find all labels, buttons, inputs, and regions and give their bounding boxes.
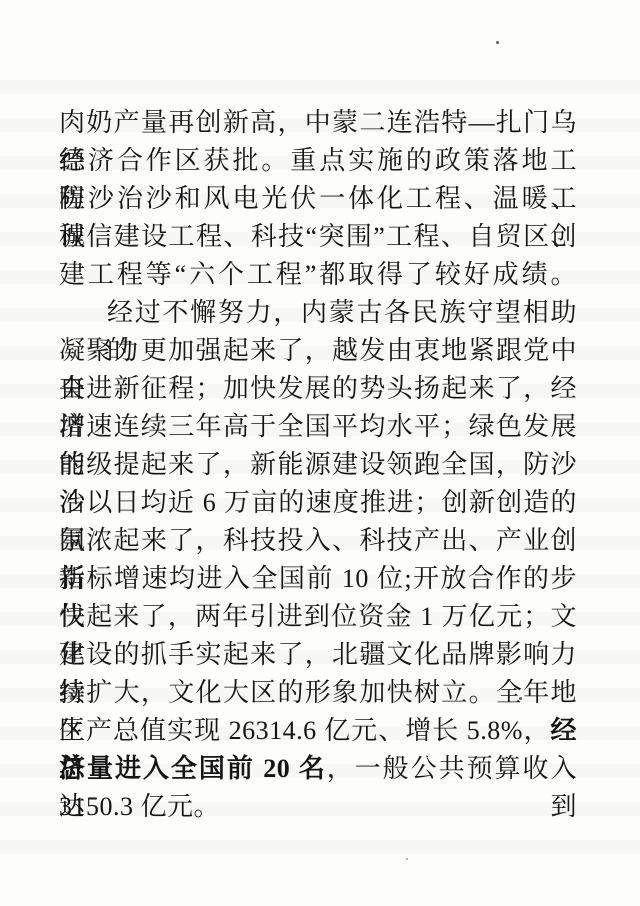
text-line: 经济合作区获批。重点实施的政策落地工程、: [59, 142, 577, 180]
text-line: 总量进入全国前 20 名，一般公共预算收入达到: [59, 750, 577, 788]
text-line: 奋进新征程；加快发展的势头扬起来了，经济: [59, 370, 577, 408]
text-line: 凝聚力更加强起来了，越发由衷地紧跟党中央: [59, 332, 577, 370]
text-segment: 建工程等“六个工程”都取得了较好成绩。: [59, 260, 577, 289]
scan-speck: [496, 41, 499, 44]
text-line: 指标增速均进入全国前 10 位;开放合作的步伐: [59, 560, 577, 598]
text-line: 建工程等“六个工程”都取得了较好成绩。: [59, 256, 577, 294]
text-line: 沙以日均近 6 万亩的速度推进；创新创造的氛: [59, 484, 577, 522]
text-line: 防沙治沙和风电光伏一体化工程、温暖工程、: [59, 180, 577, 218]
text-line: 肉奶产量再创新高，中蒙二连浩特—扎门乌德: [59, 104, 577, 142]
text-line: 诚信建设工程、科技“突围”工程、自贸区创: [59, 218, 577, 256]
text-segment: 3150.3 亿元。: [59, 792, 220, 821]
text-segment: 生产总值实现 26314.6 亿元、增长 5.8%，: [59, 716, 550, 745]
text-line: 增速连续三年高于全国平均水平；绿色发展的: [59, 408, 577, 446]
text-line: 续扩大，文化大区的形象加快树立。全年地区: [59, 674, 577, 712]
text-line: 能级提起来了，新能源建设领跑全国，防沙治: [59, 446, 577, 484]
text-line: 快起来了，两年引进到位资金 1 万亿元；文化: [59, 598, 577, 636]
text-segment: 诚信建设工程、科技“突围”工程、自贸区创: [59, 222, 577, 251]
body-text: 肉奶产量再创新高，中蒙二连浩特—扎门乌德经济合作区获批。重点实施的政策落地工程、…: [59, 104, 577, 826]
text-line: 经过不懈努力，内蒙古各民族守望相助的: [59, 294, 577, 332]
text-line: 生产总值实现 26314.6 亿元、增长 5.8%，经济: [59, 712, 577, 750]
bold-text-segment: 总量进入全国前 20 名: [59, 754, 327, 783]
text-line: 围浓起来了，科技投入、科技产出、产业创新: [59, 522, 577, 560]
text-line: 建设的抓手实起来了，北疆文化品牌影响力持: [59, 636, 577, 674]
scanned-document-page: 肉奶产量再创新高，中蒙二连浩特—扎门乌德经济合作区获批。重点实施的政策落地工程、…: [0, 0, 640, 906]
scan-speck: [406, 858, 408, 860]
